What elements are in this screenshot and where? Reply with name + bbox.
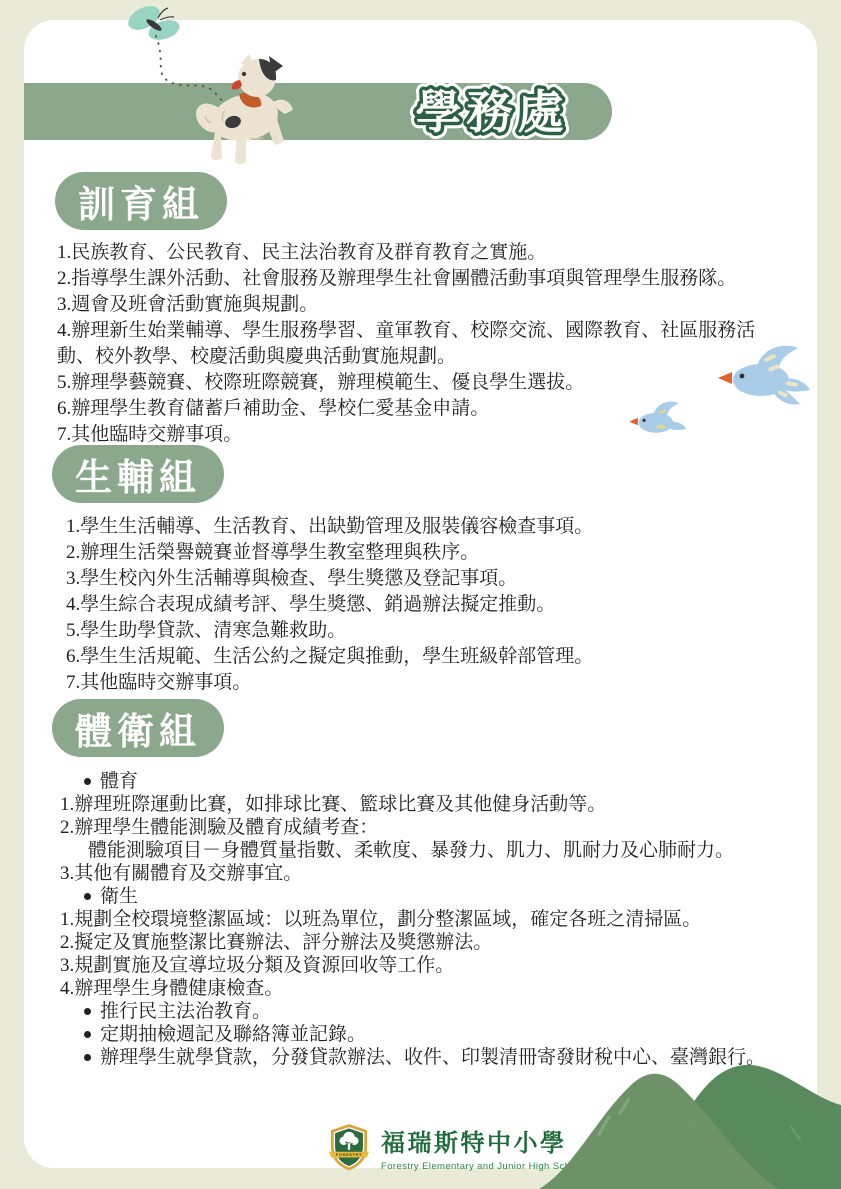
dog-icon: [181, 50, 303, 168]
duty-item: 3.週會及班會活動實施與規劃。: [57, 292, 771, 318]
duties-list-tiwei: 體育1.辦理班際運動比賽，如排球比賽、籃球比賽及其他健身活動等。2.辦理學生體能…: [60, 770, 802, 1069]
bird-icon: [628, 340, 813, 452]
page-background: 學務處 學務處 學務處: [0, 0, 841, 1189]
duty-item: 1.規劃全校環境整潔區域：以班為單位，劃分整潔區域，確定各班之清掃區。: [60, 908, 802, 931]
duties-list-shengfu: 1.學生生活輔導、生活教育、出缺勤管理及服裝儀容檢查事項。2.辦理生活榮譽競賽並…: [66, 514, 766, 696]
duty-item: 1.辦理班際運動比賽，如排球比賽、籃球比賽及其他健身活動等。: [60, 793, 802, 816]
section-header-tiwei: 體衛組: [52, 699, 224, 757]
duty-item: 3.其他有關體育及交辦事宜。: [60, 862, 802, 885]
duty-item: 7.其他臨時交辦事項。: [66, 670, 766, 696]
section-heading: 體衛組: [75, 701, 201, 755]
duty-item: 6.學生生活規範、生活公約之擬定與推動，學生班級幹部管理。: [66, 644, 766, 670]
duty-item: 1.民族教育、公民教育、民主法治教育及群育教育之實施。: [57, 240, 771, 266]
duty-item: 體育: [60, 770, 802, 793]
school-shield-icon: FORESTRY: [328, 1122, 370, 1172]
mountains-icon: [539, 1047, 841, 1189]
duty-item: 5.學生助學貸款、清寒急難救助。: [66, 618, 766, 644]
section-heading: 訓育組: [78, 174, 204, 228]
duty-item: 4.學生綜合表現成績考評、學生獎懲、銷過辦法擬定推動。: [66, 592, 766, 618]
duty-item: 推行民主法治教育。: [60, 1000, 802, 1023]
large-bird: [718, 346, 810, 405]
section-header-shengfu: 生輔組: [52, 445, 224, 503]
duty-item: 3.學生校內外生活輔導與檢查、學生獎懲及登記事項。: [66, 566, 766, 592]
duty-item: 1.學生生活輔導、生活教育、出缺勤管理及服裝儀容檢查事項。: [66, 514, 766, 540]
duty-item: 衛生: [60, 885, 802, 908]
small-bird: [629, 402, 686, 433]
duty-item: 2.指導學生課外活動、社會服務及辦理學生社會團體活動事項與管理學生服務隊。: [57, 266, 771, 292]
duty-item: 2.辦理學生體能測驗及體育成績考查：: [60, 816, 802, 839]
section-header-xunyu: 訓育組: [55, 172, 227, 230]
duty-item: 4.辦理學生身體健康檢查。: [60, 977, 802, 1000]
duty-item: 體能測驗項目－身體質量指數、柔軟度、暴發力、肌力、肌耐力及心肺耐力。: [60, 839, 802, 862]
svg-text:學務處: 學務處: [416, 87, 569, 138]
duty-item: 定期抽檢週記及聯絡簿並記錄。: [60, 1023, 802, 1046]
page-title: 學務處 學務處 學務處: [368, 80, 616, 144]
duty-item: 2.辦理生活榮譽競賽並督導學生教室整理與秩序。: [66, 540, 766, 566]
duty-item: 3.規劃實施及宣導垃圾分類及資源回收等工作。: [60, 954, 802, 977]
svg-text:FORESTRY: FORESTRY: [336, 1152, 362, 1157]
duty-item: 2.擬定及實施整潔比賽辦法、評分辦法及獎懲辦法。: [60, 931, 802, 954]
section-heading: 生輔組: [75, 447, 201, 501]
